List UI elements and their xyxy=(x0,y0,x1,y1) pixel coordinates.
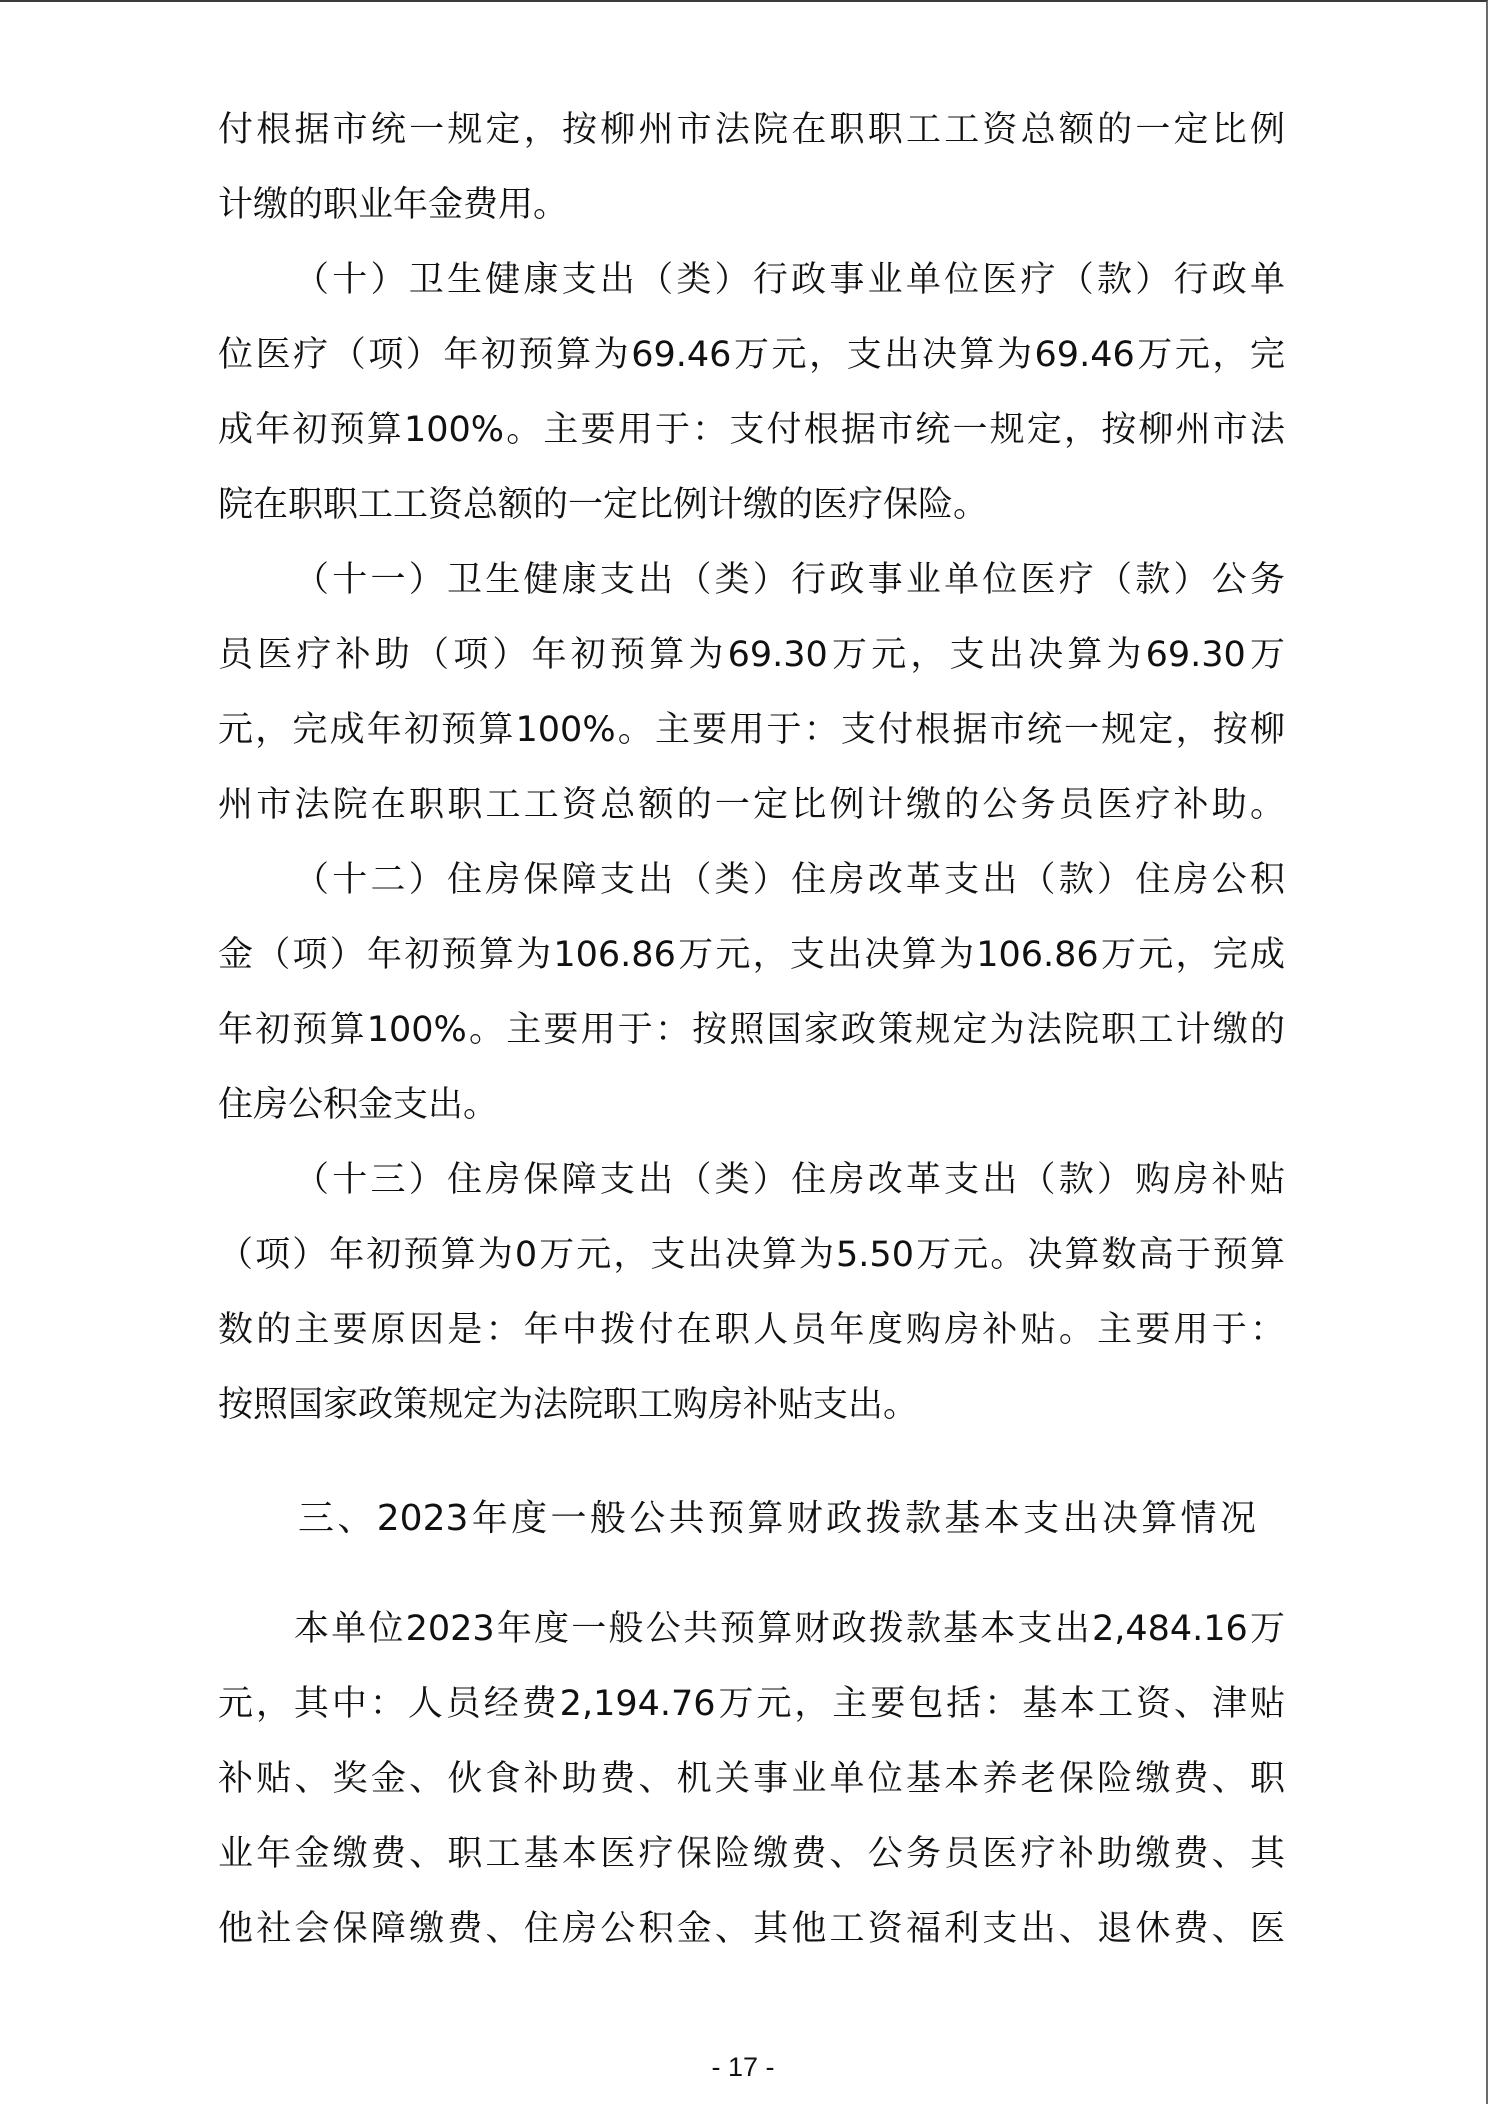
paragraph-item-10-line-4: 院在职职工工资总额的一定比例计缴的医疗保险。 xyxy=(218,483,1285,527)
paragraph-item-11-line-4: 州市法院在职职工工资总额的一定比例计缴的公务员医疗补助。 xyxy=(218,783,1285,827)
paragraph-item-10-line-2: 位医疗（项）年初预算为69.46万元，支出决算为69.46万元，完 xyxy=(218,333,1285,377)
document-page: 付根据市统一规定，按柳州市法院在职职工工资总额的一定比例 计缴的职业年金费用。 … xyxy=(0,0,1488,2104)
paragraph-item-12-line-2: 金（项）年初预算为106.86万元，支出决算为106.86万元，完成 xyxy=(218,933,1285,977)
paragraph-item-12-line-4: 住房公积金支出。 xyxy=(218,1083,1285,1127)
paragraph-continuation-line-2: 计缴的职业年金费用。 xyxy=(218,183,1285,227)
paragraph-item-13-line-2: （项）年初预算为0万元，支出决算为5.50万元。决算数高于预算 xyxy=(218,1233,1285,1277)
paragraph-item-13-line-4: 按照国家政策规定为法院职工购房补贴支出。 xyxy=(218,1383,1285,1427)
section-body-line-2: 元，其中：人员经费2,194.76万元，主要包括：基本工资、津贴 xyxy=(218,1682,1285,1726)
paragraph-item-13-line-1: （十三）住房保障支出（类）住房改革支出（款）购房补贴 xyxy=(294,1158,1285,1202)
page-number: - 17 - xyxy=(693,2052,793,2082)
paragraph-item-11-line-1: （十一）卫生健康支出（类）行政事业单位医疗（款）公务 xyxy=(294,558,1285,602)
paragraph-continuation-line-1: 付根据市统一规定，按柳州市法院在职职工工资总额的一定比例 xyxy=(218,108,1285,152)
paragraph-item-11-line-3: 元，完成年初预算100%。主要用于：支付根据市统一规定，按柳 xyxy=(218,708,1285,752)
paragraph-item-11-line-2: 员医疗补助（项）年初预算为69.30万元，支出决算为69.30万 xyxy=(218,633,1285,677)
paragraph-item-12-line-1: （十二）住房保障支出（类）住房改革支出（款）住房公积 xyxy=(294,858,1285,902)
section-body-line-5: 他社会保障缴费、住房公积金、其他工资福利支出、退休费、医 xyxy=(218,1907,1285,1951)
section-body-line-3: 补贴、奖金、伙食补助费、机关事业单位基本养老保险缴费、职 xyxy=(218,1757,1285,1801)
paragraph-item-12-line-3: 年初预算100%。主要用于：按照国家政策规定为法院职工计缴的 xyxy=(218,1008,1285,1052)
paragraph-item-13-line-3: 数的主要原因是：年中拨付在职人员年度购房补贴。主要用于： xyxy=(218,1308,1285,1352)
section-body-line-4: 业年金缴费、职工基本医疗保险缴费、公务员医疗补助缴费、其 xyxy=(218,1832,1285,1876)
paragraph-item-10-line-1: （十）卫生健康支出（类）行政事业单位医疗（款）行政单 xyxy=(294,258,1285,302)
section-body-line-1: 本单位2023年度一般公共预算财政拨款基本支出2,484.16万 xyxy=(294,1607,1285,1651)
section-heading: 三、2023年度一般公共预算财政拨款基本支出决算情况 xyxy=(298,1496,1256,1542)
paragraph-item-10-line-3: 成年初预算100%。主要用于：支付根据市统一规定，按柳州市法 xyxy=(218,408,1285,452)
